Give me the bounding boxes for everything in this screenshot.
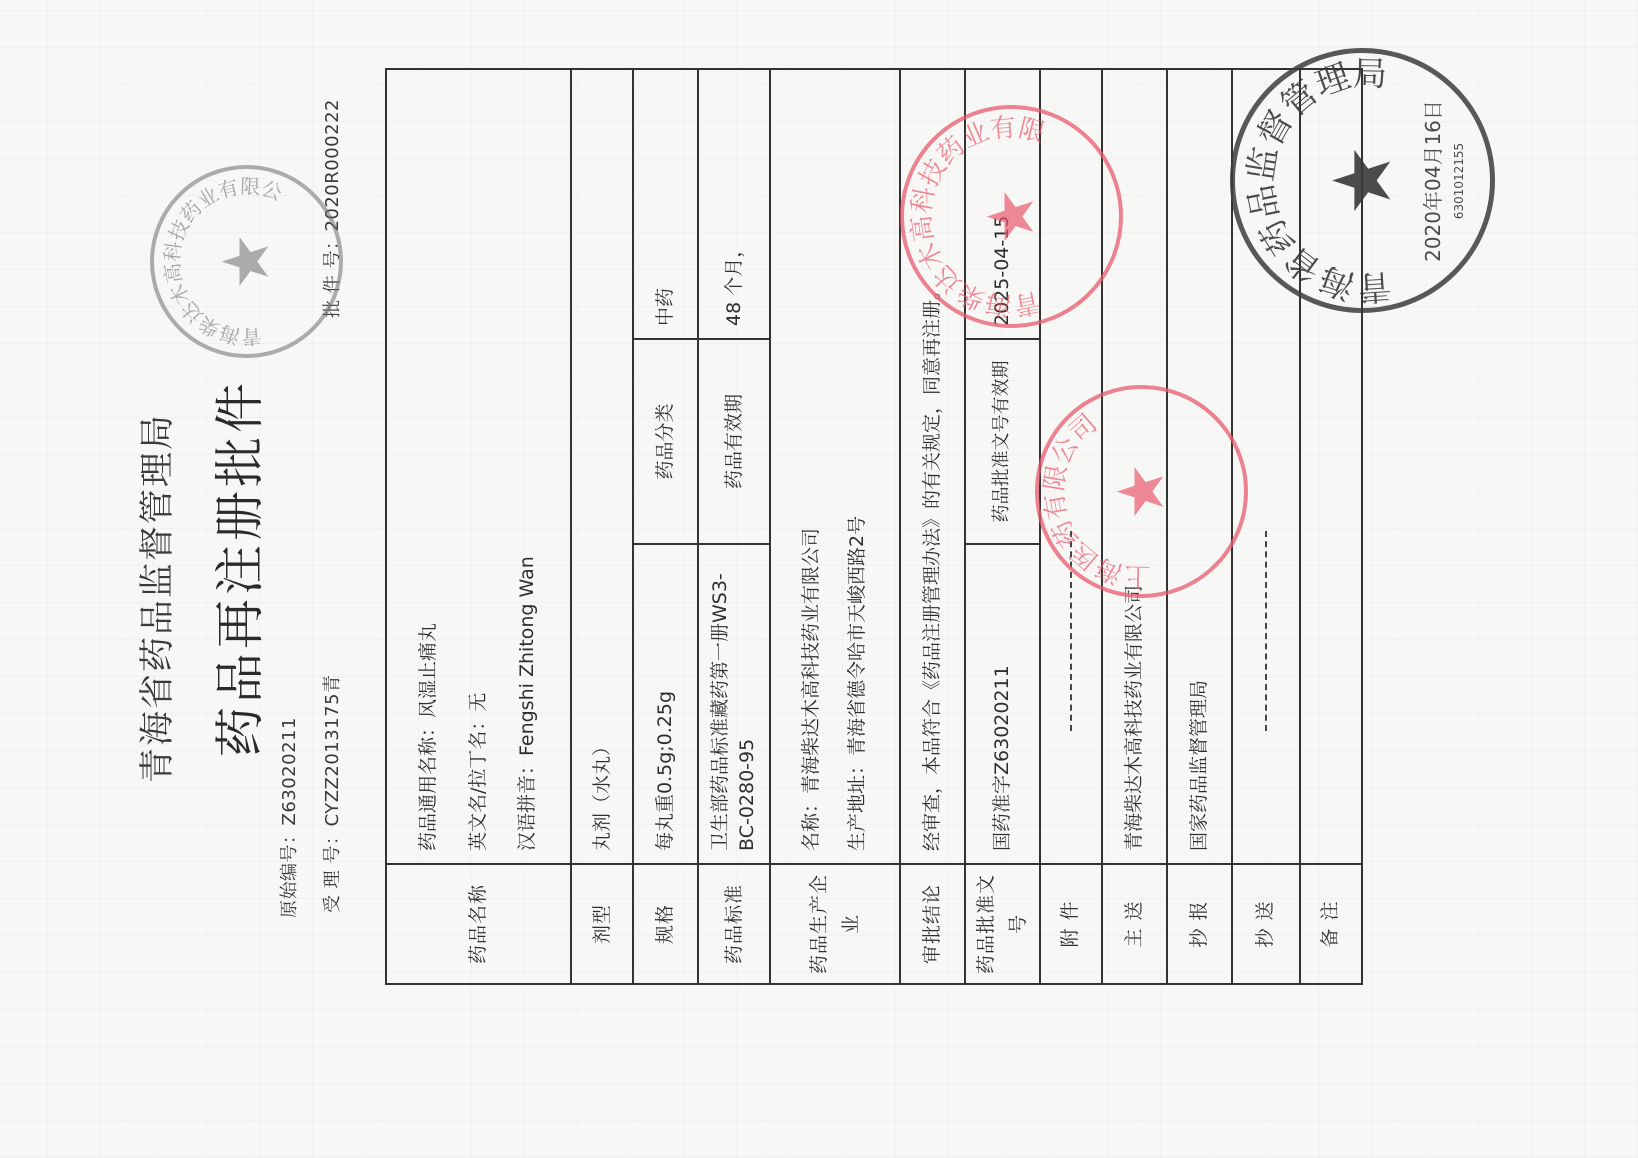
acceptance-number-label: 受 理 号： bbox=[322, 827, 343, 913]
row-main-recipient: 主 送 青海柴达木高科技药业有限公司 bbox=[1102, 69, 1167, 984]
approval-number-value: 2020R000222 bbox=[322, 99, 343, 232]
acceptance-number: 受 理 号：CYZZ2013175青 bbox=[318, 674, 344, 913]
seal-code: 6301012155 bbox=[1452, 143, 1466, 219]
row-standard: 药品标准 卫生部药品标准藏药第一册WS3-BC-0280-95 药品有效期 48… bbox=[698, 69, 770, 984]
remarks-label: 备 注 bbox=[1300, 864, 1362, 984]
row-remarks: 备 注 bbox=[1300, 69, 1362, 984]
star-icon: ★ bbox=[215, 233, 279, 290]
drug-name-label: 药品名称 bbox=[386, 864, 571, 984]
standard-label: 药品标准 bbox=[698, 864, 770, 984]
main-recipient-label: 主 送 bbox=[1102, 864, 1167, 984]
report-to-label: 抄 报 bbox=[1167, 864, 1232, 984]
seal-date: 2020年04月16日 bbox=[1421, 100, 1445, 262]
spec-value: 每丸重0.5g;0.25g bbox=[633, 544, 698, 864]
row-approval-doc: 药品批准文号 国药准字Z63020211 药品批准文号有效期 2025-04-1… bbox=[965, 69, 1040, 984]
registration-table: 药品名称 药品通用名称：风湿止痛丸 英文名/拉丁名：无 汉语拼音：Fengshi… bbox=[385, 68, 1363, 985]
report-to-value: 国家药品监督管理局 bbox=[1167, 69, 1232, 864]
attachment-value bbox=[1040, 69, 1102, 864]
row-manufacturer: 药品生产企业 名称：青海柴达木高科技药业有限公司 生产地址：青海省德令哈市天峻西… bbox=[770, 69, 900, 984]
original-number: 原始编号：Z63020211 bbox=[275, 717, 301, 918]
main-recipient-value: 青海柴达木高科技药业有限公司 bbox=[1102, 69, 1167, 864]
attachment-label: 附 件 bbox=[1040, 864, 1102, 984]
row-attachment: 附 件 bbox=[1040, 69, 1102, 984]
dosage-form-value: 丸剂（水丸） bbox=[571, 69, 633, 864]
category-value: 中药 bbox=[633, 69, 698, 339]
cc-value bbox=[1232, 69, 1300, 864]
row-conclusion: 审批结论 经审查，本品符合《药品注册管理办法》的有关规定，同意再注册。 bbox=[900, 69, 965, 984]
issuing-agency: 青海省药品监督管理局 bbox=[130, 338, 180, 858]
original-number-value: Z63020211 bbox=[279, 717, 300, 825]
standard-value: 卫生部药品标准藏药第一册WS3-BC-0280-95 bbox=[698, 544, 770, 864]
pinyin-name: 汉语拼音：Fengshi Zhitong Wan bbox=[503, 82, 552, 851]
document-page: 青海省药品监督管理局 药品再注册批件 原始编号：Z63020211 受 理 号：… bbox=[0, 0, 1638, 1158]
english-name: 英文名/拉丁名：无 bbox=[454, 82, 503, 851]
dosage-form-label: 剂型 bbox=[571, 864, 633, 984]
remarks-value bbox=[1300, 69, 1362, 864]
row-report-to: 抄 报 国家药品监督管理局 bbox=[1167, 69, 1232, 984]
manufacturer-cell: 名称：青海柴达木高科技药业有限公司 生产地址：青海省德令哈市天峻西路2号 bbox=[770, 69, 900, 864]
empty-dash bbox=[1265, 531, 1267, 731]
manufacturer-name: 名称：青海柴达木高科技药业有限公司 bbox=[789, 82, 835, 851]
approval-number-label: 批 件 号： bbox=[322, 232, 343, 318]
conclusion-label: 审批结论 bbox=[900, 864, 965, 984]
drug-name-cell: 药品通用名称：风湿止痛丸 英文名/拉丁名：无 汉语拼音：Fengshi Zhit… bbox=[386, 69, 571, 864]
shelf-life-label: 药品有效期 bbox=[698, 339, 770, 544]
approval-doc-label: 药品批准文号 bbox=[965, 864, 1040, 984]
approval-number: 批 件 号：2020R000222 bbox=[318, 99, 344, 318]
row-drug-name: 药品名称 药品通用名称：风湿止痛丸 英文名/拉丁名：无 汉语拼音：Fengshi… bbox=[386, 69, 571, 984]
row-cc: 抄 送 bbox=[1232, 69, 1300, 984]
validity-value: 2025-04-15 bbox=[965, 69, 1040, 339]
row-dosage-form: 剂型 丸剂（水丸） bbox=[571, 69, 633, 984]
row-spec: 规格 每丸重0.5g;0.25g 药品分类 中药 bbox=[633, 69, 698, 984]
cc-label: 抄 送 bbox=[1232, 864, 1300, 984]
shelf-life-value: 48 个月， bbox=[698, 69, 770, 339]
original-number-label: 原始编号： bbox=[279, 826, 300, 919]
empty-dash bbox=[1070, 531, 1072, 731]
generic-name: 药品通用名称：风湿止痛丸 bbox=[404, 82, 453, 851]
manufacturer-address: 生产地址：青海省德令哈市天峻西路2号 bbox=[835, 82, 881, 851]
conclusion-value: 经审查，本品符合《药品注册管理办法》的有关规定，同意再注册。 bbox=[900, 69, 965, 864]
spec-label: 规格 bbox=[633, 864, 698, 984]
acceptance-number-value: CYZZ2013175青 bbox=[322, 674, 343, 826]
category-label: 药品分类 bbox=[633, 339, 698, 544]
approval-doc-value: 国药准字Z63020211 bbox=[965, 544, 1040, 864]
document-title: 药品再注册批件 bbox=[200, 308, 272, 828]
validity-label: 药品批准文号有效期 bbox=[965, 339, 1040, 544]
manufacturer-label: 药品生产企业 bbox=[770, 864, 900, 984]
